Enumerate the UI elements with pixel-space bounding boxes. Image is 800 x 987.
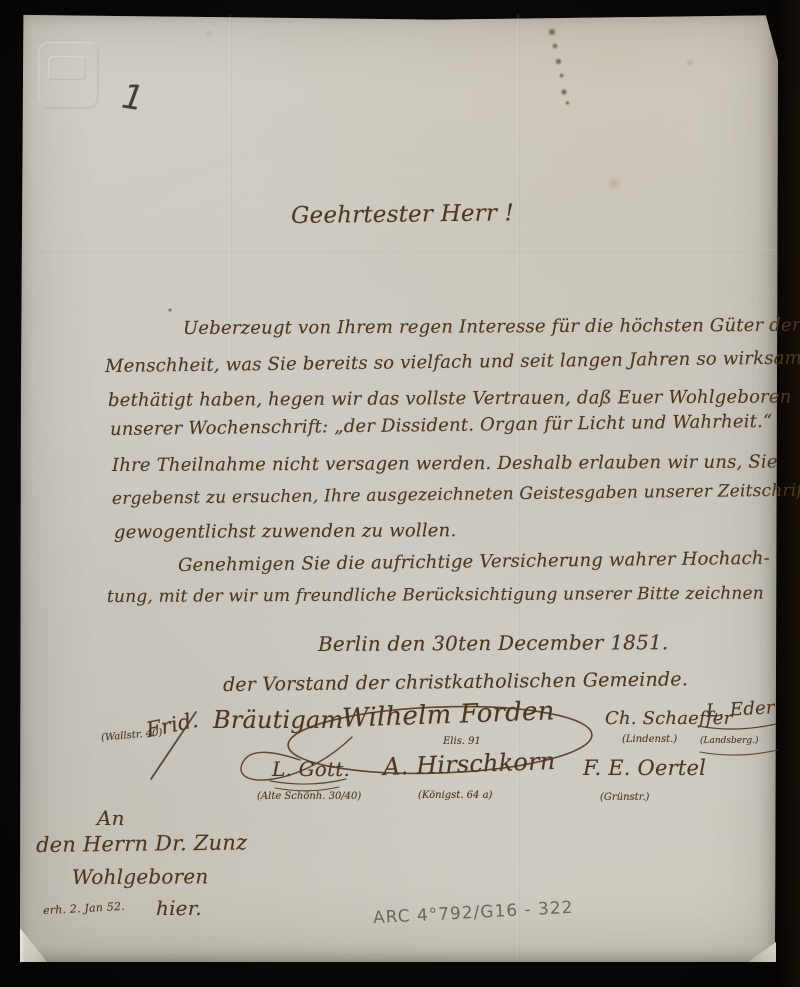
salutation: Geehrtester Herr ! (291, 200, 514, 229)
body-line: tung, mit der wir um freundliche Berücks… (107, 584, 764, 607)
scanned-letter-page: 1 Geehrtester Herr ! Ueberzeugt von Ihre… (0, 0, 800, 987)
address-line: An (97, 806, 125, 830)
dateline: Berlin den 30ten December 1851. (318, 630, 669, 656)
address-line: hier. (156, 896, 202, 920)
body-line: Ueberzeugt von Ihrem regen Interesse für… (183, 315, 800, 339)
signature: A. Hirschkorn (383, 747, 556, 781)
address-line: den Herrn Dr. Zunz (36, 830, 248, 857)
signature-note: (Landsberg.) (700, 736, 759, 746)
body-line: Ihre Theilnahme nicht versagen werden. D… (112, 452, 778, 476)
embossed-stamp-center (48, 56, 86, 80)
signature: L. Eder (705, 697, 775, 722)
signature: F. E. Oertel (583, 756, 706, 780)
signature-note: (Lindenst.) (622, 734, 677, 745)
signature-note: (Grünstr.) (600, 792, 649, 803)
signature-note: (Alte Schönh. 30/40) (257, 791, 361, 802)
embossed-stamp (38, 42, 98, 108)
body-line: bethätigt haben, hegen wir das vollste V… (108, 386, 792, 411)
signature-note: (Königst. 64 a) (418, 790, 492, 801)
signature: Bräutigam (213, 706, 343, 734)
signature: L. Gott. (272, 757, 350, 781)
signature-note: Elis. 91 (443, 736, 481, 747)
body-line: gewogentlichst zuwenden zu wollen. (114, 520, 456, 543)
address-line: Wohlgeboren (72, 864, 209, 889)
